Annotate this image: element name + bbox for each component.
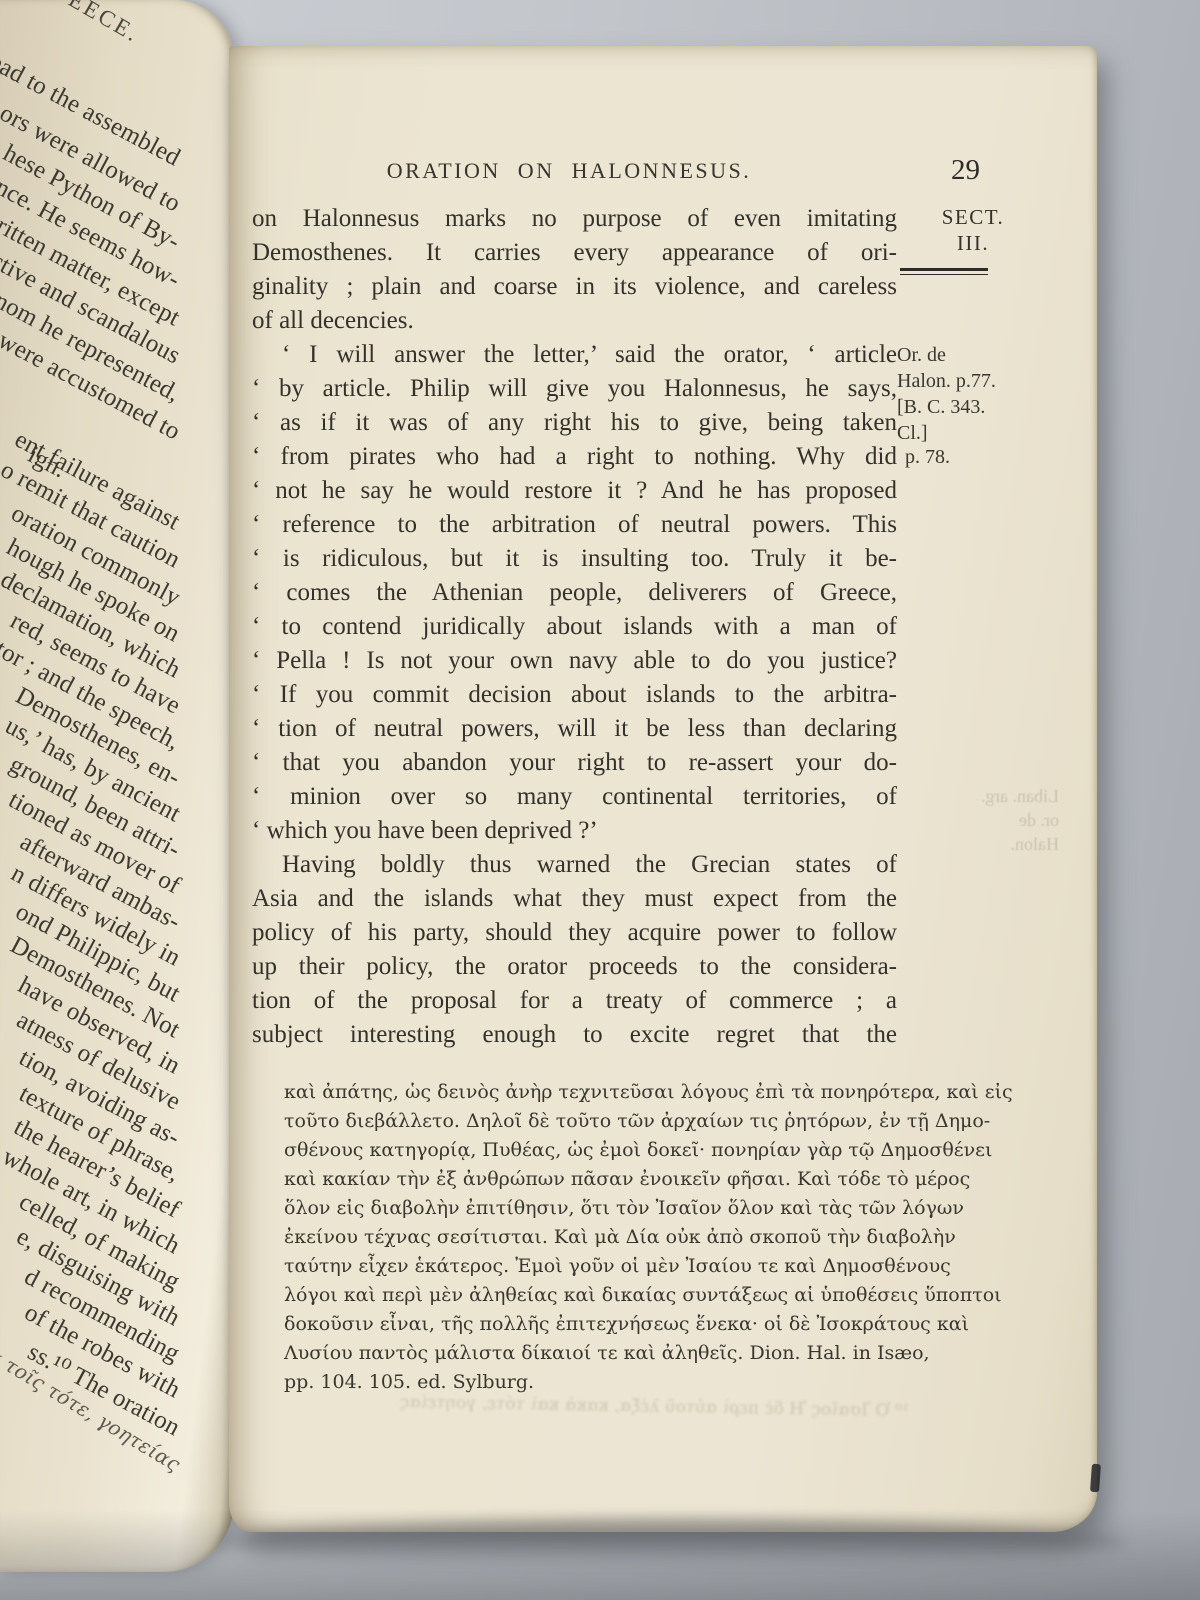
section-rule <box>900 268 988 275</box>
section-heading: SECT. III. <box>928 204 1018 256</box>
body-text-line: subject interesting enough to excite reg… <box>252 1018 897 1052</box>
footnote-line: ὅλον εἰς διαβολὴν ἐπιτίθησιν, ὅτι τὸν Ἰσ… <box>284 1194 906 1223</box>
book-page: ORATION ON HALONNESUS. 29 on Halonnesus … <box>229 46 1097 1532</box>
fore-edge-mark <box>1090 1464 1101 1493</box>
body-text-line: ‘ I will answer the letter,’ said the or… <box>252 338 897 372</box>
book-photo-scene: EECE.read to the assembledors were allow… <box>0 0 1200 1600</box>
body-text-line: policy of his party, should they acquire… <box>252 916 897 950</box>
section-label: SECT. <box>928 204 1018 230</box>
body-text-line: ‘ reference to the arbitration of neutra… <box>252 508 897 542</box>
paragraph-1: on Halonnesus marks no purpose of even i… <box>252 202 897 338</box>
margin-note-citation: Or. deHalon. p.77.[B. C. 343.Cl.] <box>897 342 1077 446</box>
ghost-margin-line: or. de <box>879 808 1059 832</box>
footnote-line: Λυσίου παντὸς μάλιστα δίκαιοί τε καὶ ἀλη… <box>284 1339 906 1368</box>
paragraph-2-quotation: ‘ I will answer the letter,’ said the or… <box>252 338 897 848</box>
section-number: III. <box>928 230 1018 256</box>
margin-note-line: Halon. p.77. <box>897 368 1077 394</box>
margin-note-line: p. 78. <box>905 444 1085 470</box>
body-text-line: Asia and the islands what they must expe… <box>252 882 897 916</box>
ghost-margin-line: Liban. arg. <box>879 784 1059 808</box>
ghost-margin-line: Halon. <box>879 832 1059 856</box>
body-text-line: ‘ to contend juridically about islands w… <box>252 610 897 644</box>
body-text-line: ‘ that you abandon your right to re-asse… <box>252 746 897 780</box>
body-text-line: ‘ comes the Athenian people, deliverers … <box>252 576 897 610</box>
left-page-text-fragment: EECE. <box>64 0 145 48</box>
margin-note-line: Cl.] <box>897 420 1077 446</box>
margin-note-showthrough: Liban. arg.or. deHalon. <box>879 784 1059 856</box>
body-text-line: ‘ Pella ! Is not your own navy able to d… <box>252 644 897 678</box>
body-text-line: ginality ; plain and coarse in its viole… <box>252 270 897 304</box>
background-shadow <box>0 1510 1200 1600</box>
body-text-line: ‘ is ridiculous, but it is insulting too… <box>252 542 897 576</box>
body-text-line: ‘ as if it was of any right his to give,… <box>252 406 897 440</box>
body-text-line: ‘ not he say he would restore it ? And h… <box>252 474 897 508</box>
paragraph-3: Having boldly thus warned the Grecian st… <box>252 848 897 1052</box>
body-text-column: on Halonnesus marks no purpose of even i… <box>252 202 897 1052</box>
running-head: ORATION ON HALONNESUS. 29 <box>229 158 1097 198</box>
body-text-line: Having boldly thus warned the Grecian st… <box>252 848 897 882</box>
body-text-line: ‘ minion over so many continental territ… <box>252 780 897 814</box>
footnote-line: καὶ ἀπάτης, ὡς δεινὸς ἀνὴρ τεχνιτεῦσαι λ… <box>284 1078 906 1107</box>
footnote-line: δοκοῦσιν εἶναι, τῆς πολλῆς ἐπιτεχνήσεως … <box>284 1310 906 1339</box>
running-title: ORATION ON HALONNESUS. <box>359 158 779 184</box>
body-text-line: on Halonnesus marks no purpose of even i… <box>252 202 897 236</box>
footnote-line: ἐκείνου τέχνας σεσίτισται. Καὶ μὰ Δία οὐ… <box>284 1223 906 1252</box>
body-text-line: ‘ from pirates who had a right to nothin… <box>252 440 897 474</box>
left-page-curled: EECE.read to the assembledors were allow… <box>0 0 234 1572</box>
footnote-greek: καὶ ἀπάτης, ὡς δεινὸς ἀνὴρ τεχνιτεῦσαι λ… <box>284 1078 906 1397</box>
footnote-line: σθένους κατηγορίᾳ, Πυθέας, ὡς ἐμοὶ δοκεῖ… <box>284 1136 906 1165</box>
body-text-line: of all decencies. <box>252 304 897 338</box>
footnote-line: λόγοι καὶ περὶ μὲν ἀληθείας καὶ δικαίας … <box>284 1281 906 1310</box>
body-text-line: ‘ by article. Philip will give you Halon… <box>252 372 897 406</box>
margin-note-page-ref: p. 78. <box>905 444 1085 470</box>
margin-note-line: [B. C. 343. <box>897 394 1077 420</box>
body-text-line: ‘ tion of neutral powers, will it be les… <box>252 712 897 746</box>
margin-note-line: Or. de <box>897 342 1077 368</box>
body-text-line: ‘ If you commit decision about islands t… <box>252 678 897 712</box>
footnote-line: καὶ κακίαν τὴν ἐξ ἀνθρώπων πᾶσαν ἐνοικεῖ… <box>284 1165 906 1194</box>
body-text-line: tion of the proposal for a treaty of com… <box>252 984 897 1018</box>
footnote-line: τοῦτο διεβάλλετο. Δηλοῖ δὲ τοῦτο τῶν ἀρχ… <box>284 1107 906 1136</box>
body-text-line: up their policy, the orator proceeds to … <box>252 950 897 984</box>
footnote-line: ταύτην εἶχεν ἑκάτερος. Ἐμοὶ γοῦν οἱ μὲν … <box>284 1252 906 1281</box>
body-text-line: ‘ which you have been deprived ?’ <box>252 814 897 848</box>
body-text-line: Demosthenes. It carries every appearance… <box>252 236 897 270</box>
page-number: 29 <box>951 154 1021 187</box>
